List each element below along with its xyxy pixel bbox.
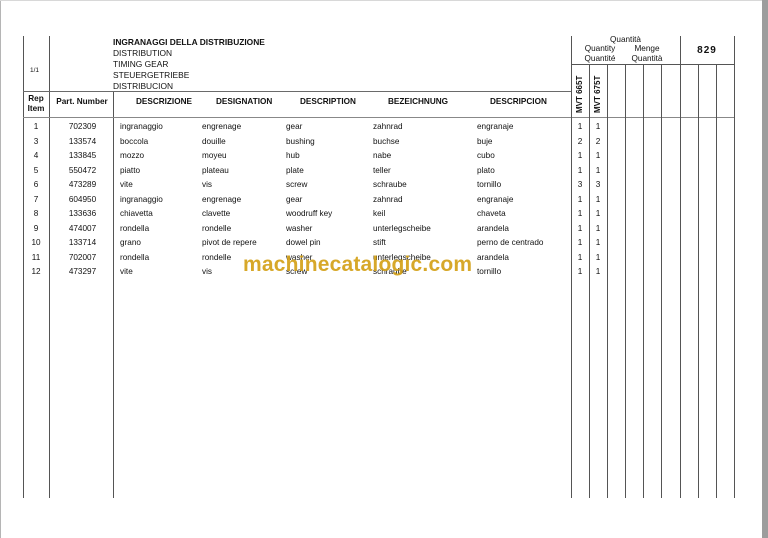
cell-designation: moyeu	[202, 151, 227, 160]
title-french: DISTRIBUTION	[113, 48, 265, 59]
cell-qty-mvt-675t: 1	[589, 238, 607, 247]
title-english: TIMING GEAR	[113, 59, 265, 70]
cell-part-number: 474007	[49, 224, 116, 233]
cell-bezeichnung: nabe	[373, 151, 391, 160]
cell-designation: clavette	[202, 209, 230, 218]
cell-designation: engrenage	[202, 122, 241, 131]
cell-descripcion: tornillo	[477, 267, 501, 276]
col-header-descrizione: DESCRIZIONE	[136, 97, 192, 107]
cell-part-number: 550472	[49, 166, 116, 175]
cell-descrizione: mozzo	[120, 151, 144, 160]
cell-bezeichnung: buchse	[373, 137, 399, 146]
cell-description: screw	[286, 180, 307, 189]
cell-designation: douille	[202, 137, 226, 146]
table-row: 7604950ingranaggioengrenagegearzahnraden…	[0, 195, 768, 209]
cell-qty-mvt-665t: 1	[571, 238, 589, 247]
cell-part-number: 473297	[49, 267, 116, 276]
cell-qty-mvt-665t: 1	[571, 224, 589, 233]
col-header-part-number: Part. Number	[49, 97, 115, 107]
title-italian: INGRANAGGI DELLA DISTRIBUZIONE	[113, 37, 265, 48]
cell-part-number: 702007	[49, 253, 116, 262]
cell-description: hub	[286, 151, 300, 160]
table-row: 9474007rondellarondellewasherunterlegsch…	[0, 224, 768, 238]
cell-qty-mvt-665t: 1	[571, 151, 589, 160]
cell-descripcion: arandela	[477, 224, 509, 233]
header-divider	[23, 91, 571, 92]
cell-part-number: 133636	[49, 209, 116, 218]
col-header-rep-item: Rep Item	[23, 94, 49, 114]
cell-designation: rondelle	[202, 224, 231, 233]
cell-bezeichnung: teller	[373, 166, 391, 175]
cell-bezeichnung: zahnrad	[373, 195, 403, 204]
cell-descrizione: vite	[120, 267, 133, 276]
cell-description: washer	[286, 224, 312, 233]
table-row: 8133636chiavettaclavettewoodruff keykeil…	[0, 209, 768, 223]
cell-qty-mvt-665t: 1	[571, 166, 589, 175]
quantity-label-es: Quantità	[622, 54, 672, 64]
cell-qty-mvt-675t: 1	[589, 253, 607, 262]
page-edge-top	[0, 0, 762, 1]
cell-qty-mvt-675t: 3	[589, 180, 607, 189]
table-row: 3133574boccoladouillebushingbuchsebuje22	[0, 137, 768, 151]
col-header-description: DESCRIPTION	[300, 97, 356, 107]
cell-qty-mvt-665t: 1	[571, 209, 589, 218]
cell-qty-mvt-665t: 3	[571, 180, 589, 189]
table-row: 5550472piattoplateauplatetellerplato11	[0, 166, 768, 180]
cell-designation: rondelle	[202, 253, 231, 262]
cell-descrizione: chiavetta	[120, 209, 153, 218]
cell-qty-mvt-675t: 1	[589, 151, 607, 160]
cell-part-number: 133714	[49, 238, 116, 247]
cell-rep-item: 1	[23, 122, 49, 131]
cell-qty-mvt-675t: 1	[589, 267, 607, 276]
cell-descripcion: buje	[477, 137, 492, 146]
title-german: STEUERGETRIEBE	[113, 70, 265, 81]
cell-descrizione: ingranaggio	[120, 122, 163, 131]
cell-descripcion: arandela	[477, 253, 509, 262]
cell-part-number: 133574	[49, 137, 116, 146]
cell-rep-item: 10	[23, 238, 49, 247]
cell-rep-item: 3	[23, 137, 49, 146]
cell-description: gear	[286, 195, 302, 204]
cell-rep-item: 7	[23, 195, 49, 204]
cell-rep-item: 11	[23, 253, 49, 262]
column-header-divider	[23, 117, 734, 118]
cell-descripcion: chaveta	[477, 209, 506, 218]
quantity-label-en: Quantity	[575, 44, 625, 54]
cell-descripcion: perno de centrado	[477, 238, 543, 247]
cell-descripcion: cubo	[477, 151, 495, 160]
cell-designation: plateau	[202, 166, 229, 175]
cell-qty-mvt-675t: 2	[589, 137, 607, 146]
cell-bezeichnung: zahnrad	[373, 122, 403, 131]
cell-description: woodruff key	[286, 209, 332, 218]
cell-rep-item: 12	[23, 267, 49, 276]
page-number: 829	[680, 45, 734, 56]
cell-description: gear	[286, 122, 302, 131]
cell-part-number: 473289	[49, 180, 116, 189]
cell-qty-mvt-665t: 1	[571, 267, 589, 276]
cell-description: dowel pin	[286, 238, 321, 247]
cell-designation: engrenage	[202, 195, 241, 204]
cell-part-number: 702309	[49, 122, 116, 131]
table-row: 1702309ingranaggioengrenagegearzahnraden…	[0, 122, 768, 136]
qty-header-divider	[571, 64, 734, 65]
cell-part-number: 604950	[49, 195, 116, 204]
table-row: 10133714granopivot de reperedowel pinsti…	[0, 238, 768, 252]
cell-designation: vis	[202, 180, 212, 189]
cell-bezeichnung: stift	[373, 238, 386, 247]
table-row: 4133845mozzomoyeuhubnabecubo11	[0, 151, 768, 165]
cell-descripcion: engranaje	[477, 122, 513, 131]
cell-qty-mvt-675t: 1	[589, 195, 607, 204]
cell-rep-item: 6	[23, 180, 49, 189]
col-header-bezeichnung: BEZEICHNUNG	[388, 97, 448, 107]
cell-bezeichnung: schraube	[373, 180, 407, 189]
cell-part-number: 133845	[49, 151, 116, 160]
cell-designation: vis	[202, 267, 212, 276]
cell-bezeichnung: unterlegscheibe	[373, 224, 431, 233]
watermark: machinecatalogic.com	[243, 253, 472, 277]
model-label-665t: MVT 665T	[575, 76, 584, 113]
cell-qty-mvt-675t: 1	[589, 224, 607, 233]
cell-descrizione: boccola	[120, 137, 148, 146]
quantity-label-de: Menge	[622, 44, 672, 54]
cell-descrizione: piatto	[120, 166, 140, 175]
cell-rep-item: 4	[23, 151, 49, 160]
cell-descrizione: ingranaggio	[120, 195, 163, 204]
cell-description: bushing	[286, 137, 315, 146]
cell-qty-mvt-665t: 1	[571, 253, 589, 262]
cell-bezeichnung: keil	[373, 209, 385, 218]
cell-descrizione: vite	[120, 180, 133, 189]
cell-qty-mvt-665t: 1	[571, 122, 589, 131]
col-header-rep: Rep	[23, 94, 49, 104]
section-title: INGRANAGGI DELLA DISTRIBUZIONE DISTRIBUT…	[113, 37, 265, 92]
quantity-label-fr: Quantité	[575, 54, 625, 64]
cell-descrizione: rondella	[120, 224, 149, 233]
title-spanish: DISTRIBUCION	[113, 81, 265, 92]
cell-description: plate	[286, 166, 304, 175]
col-header-item: Item	[23, 104, 49, 114]
cell-descrizione: rondella	[120, 253, 149, 262]
model-label-675t: MVT 675T	[593, 76, 602, 113]
col-header-descripcion: DESCRIPCION	[490, 97, 547, 107]
cell-rep-item: 9	[23, 224, 49, 233]
cell-designation: pivot de repere	[202, 238, 257, 247]
cell-qty-mvt-675t: 1	[589, 209, 607, 218]
cell-descripcion: engranaje	[477, 195, 513, 204]
col-header-designation: DESIGNATION	[216, 97, 272, 107]
cell-descripcion: plato	[477, 166, 495, 175]
table-row: 6473289vitevisscrewschraubetornillo33	[0, 180, 768, 194]
cell-rep-item: 8	[23, 209, 49, 218]
cell-qty-mvt-675t: 1	[589, 166, 607, 175]
cell-descripcion: tornillo	[477, 180, 501, 189]
cell-qty-mvt-675t: 1	[589, 122, 607, 131]
cell-descrizione: grano	[120, 238, 141, 247]
page-fraction: 1/1	[30, 67, 39, 74]
cell-qty-mvt-665t: 2	[571, 137, 589, 146]
cell-rep-item: 5	[23, 166, 49, 175]
cell-qty-mvt-665t: 1	[571, 195, 589, 204]
